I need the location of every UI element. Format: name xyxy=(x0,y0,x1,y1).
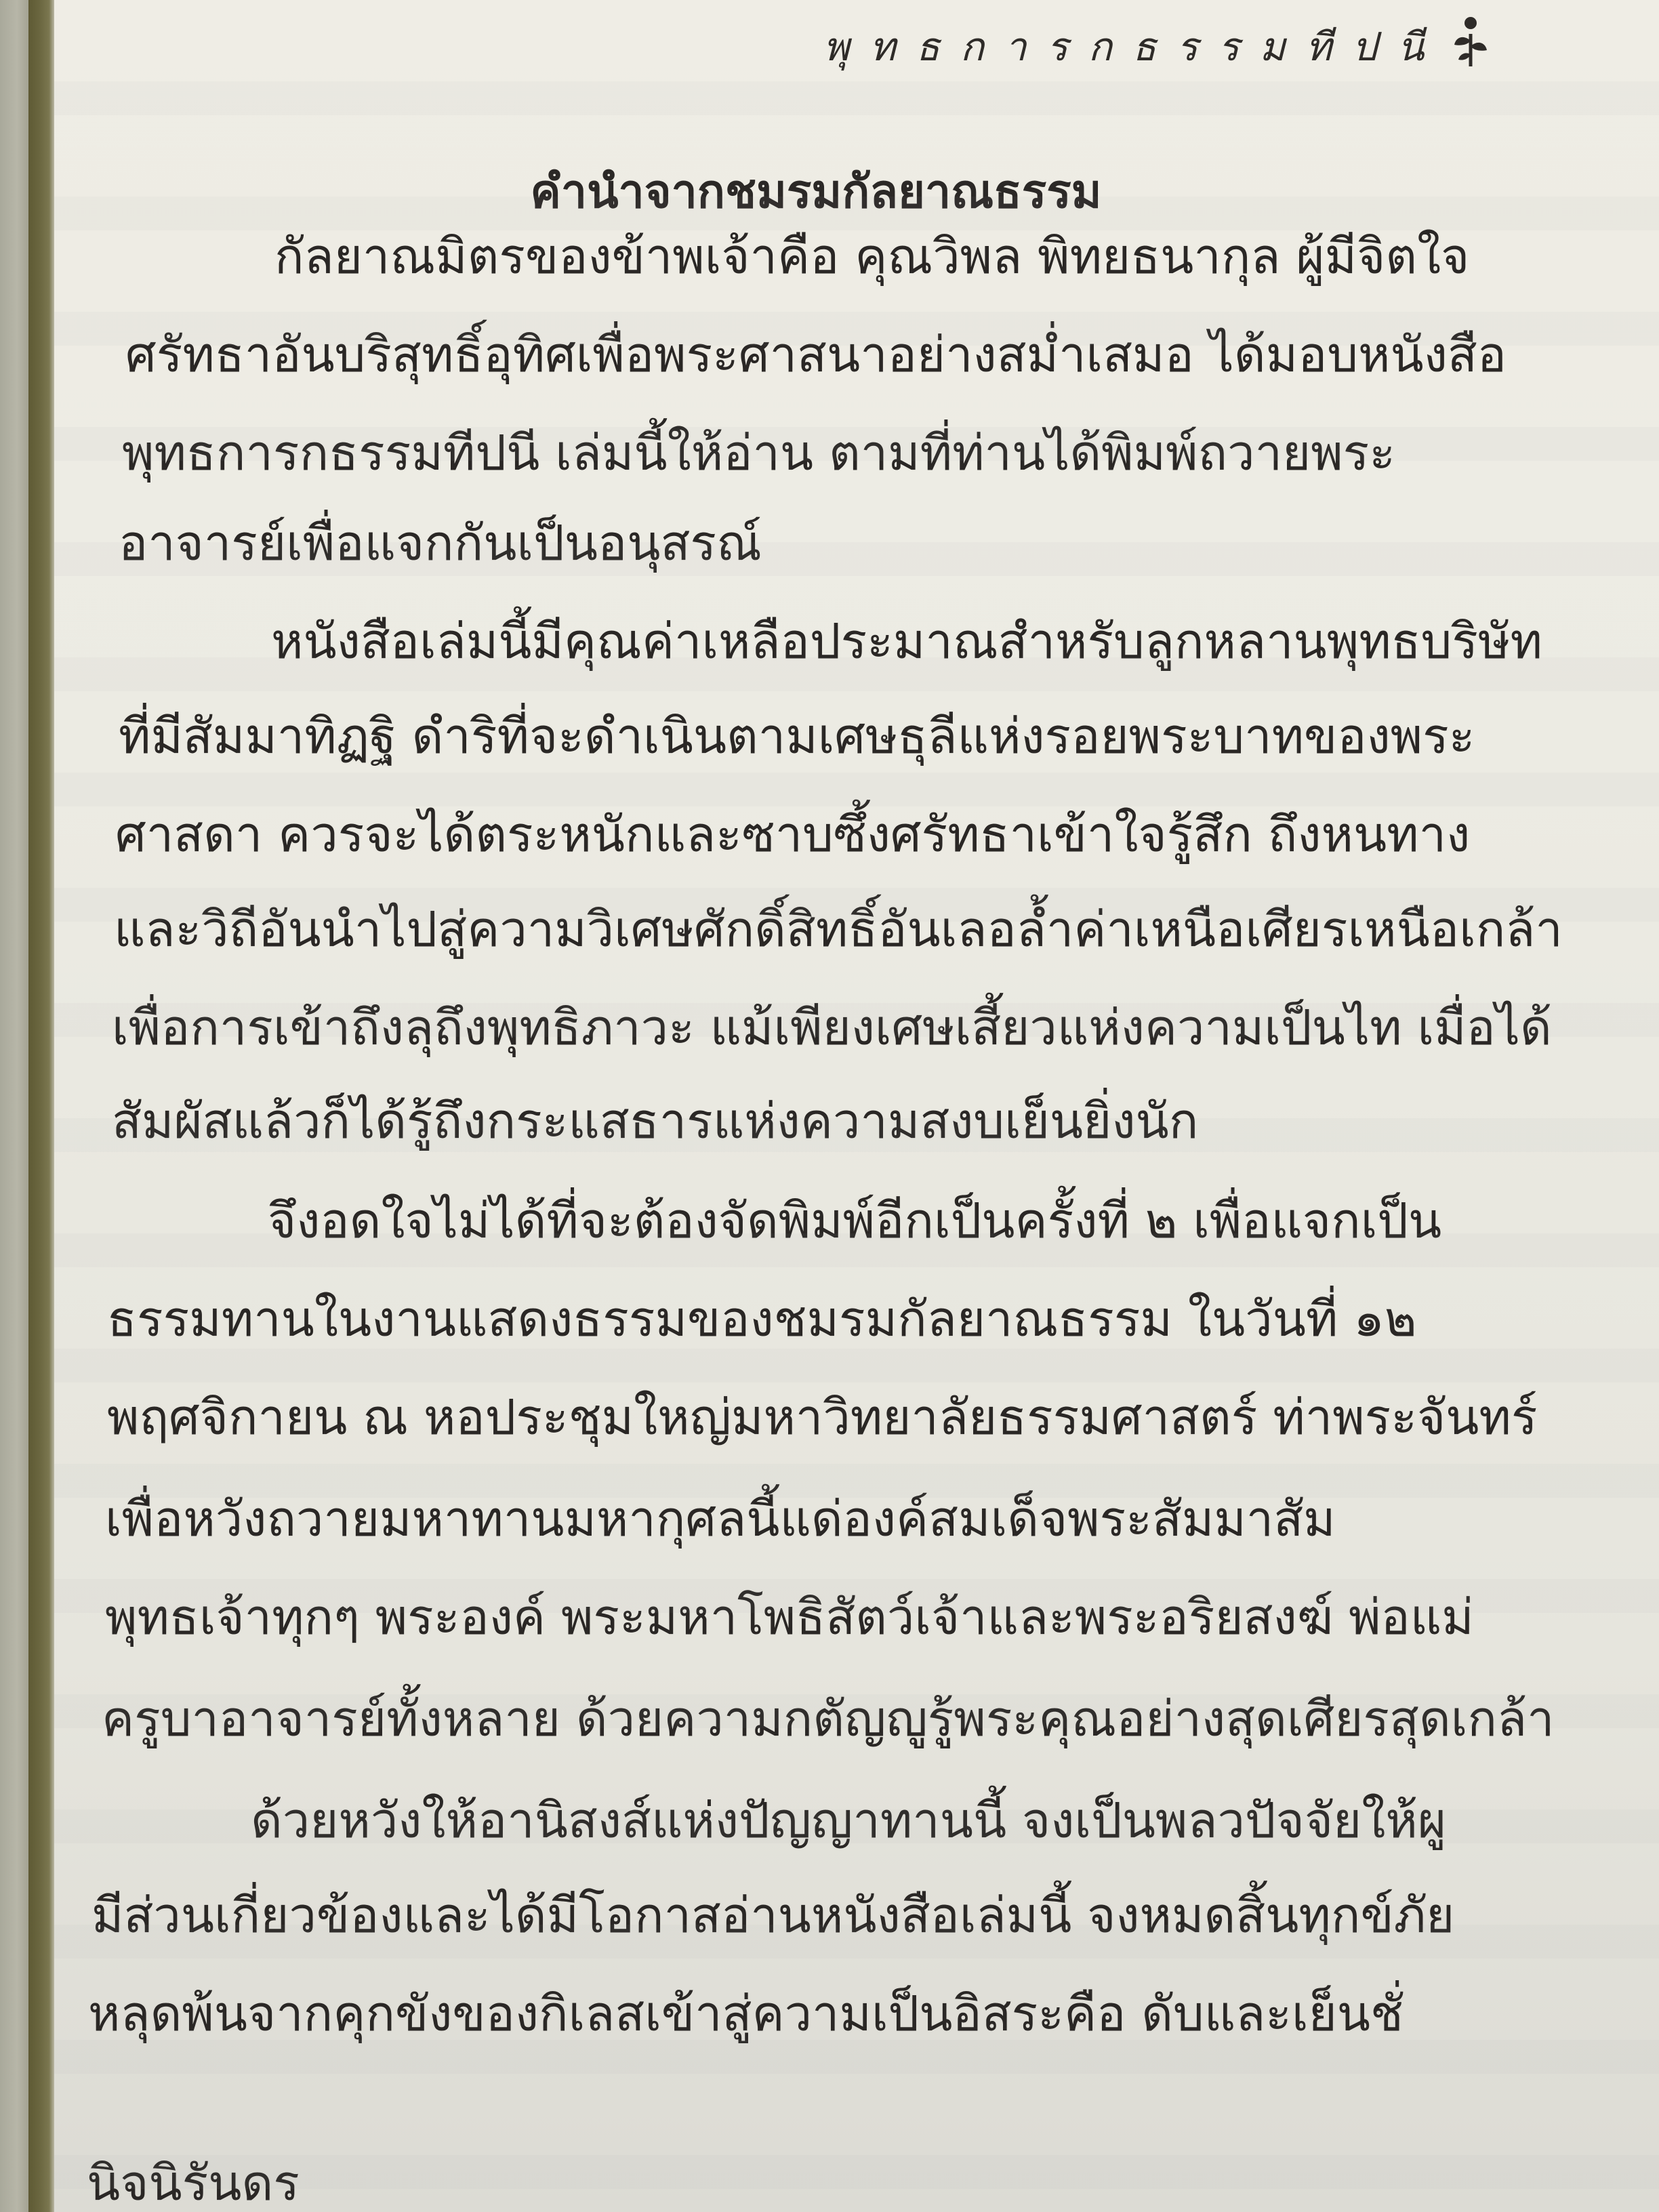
paragraph-1-line-3: พุทธการกธรรมทีปนี เล่มนี้ให้อ่าน ตามที่ท… xyxy=(122,428,1395,477)
paragraph-2-line-3: ศาสดา ควรจะได้ตระหนักและซาบซึ้งศรัทธาเข้… xyxy=(115,810,1470,859)
paragraph-2-line-6: สัมผัสแล้วก็ได้รู้ถึงกระแสธารแห่งความสงบ… xyxy=(112,1097,1198,1145)
paragraph-2-line-5: เพื่อการเข้าถึงลุถึงพุทธิภาวะ แม้เพียงเศ… xyxy=(112,1003,1552,1052)
paragraph-4-line-3: หลุดพ้นจากคุกขังของกิเลสเข้าสู่ความเป็นอ… xyxy=(88,1989,1404,2038)
paragraph-3-line-3: พฤศจิกายน ณ หอประชุมใหญ่มหาวิทยาลัยธรรมศ… xyxy=(107,1393,1538,1441)
paragraph-4-line-4: นิจนิรันดร xyxy=(87,2158,300,2207)
section-title: คำนำจากชมรมกัลยาณธรรม xyxy=(54,155,1618,228)
flower-ornament-icon xyxy=(1450,14,1491,68)
book-spine xyxy=(28,0,54,2212)
paragraph-2-line-1: หนังสือเล่มนี้มีคุณค่าเหลือประมาณสำหรับล… xyxy=(271,617,1542,665)
paragraph-4-line-1: ด้วยหวังให้อานิสงส์แห่งปัญญาทานนี้ จงเป็… xyxy=(251,1796,1446,1845)
paragraph-3-line-2: ธรรมทานในงานแสดงธรรมของชมรมกัลยาณธรรม ใน… xyxy=(107,1294,1416,1343)
paragraph-1-line-4: อาจารย์เพื่อแจกกันเป็นอนุสรณ์ xyxy=(119,518,762,567)
paragraph-2-line-4: และวิถีอันนำไปสู่ความวิเศษศักดิ์สิทธิ์อั… xyxy=(114,905,1563,954)
book-page: พุทธการกธรรมทีปนี คำนำจากชมรมกัลยาณธรรม … xyxy=(54,0,1659,2212)
page-edge-strip xyxy=(0,0,28,2212)
paragraph-4-line-2: มีส่วนเกี่ยวข้องและได้มีโอกาสอ่านหนังสือ… xyxy=(91,1891,1454,1940)
paragraph-2-line-2: ที่มีสัมมาทิฏฐิ ดำริที่จะดำเนินตามเศษธุล… xyxy=(119,712,1475,760)
paragraph-1-line-2: ศรัทธาอันบริสุทธิ์อุทิศเพื่อพระศาสนาอย่า… xyxy=(125,330,1507,379)
paragraph-3-line-5: พุทธเจ้าทุกๆ พระองค์ พระมหาโพธิสัตว์เจ้า… xyxy=(105,1593,1474,1641)
running-header: พุทธการกธรรมทีปนี xyxy=(823,15,1444,78)
paragraph-3-line-1: จึงอดใจไม่ได้ที่จะต้องจัดพิมพ์อีกเป็นครั… xyxy=(268,1196,1441,1245)
paragraph-3-line-6: ครูบาอาจารย์ทั้งหลาย ด้วยความกตัญญูรู้พร… xyxy=(102,1694,1555,1743)
paragraph-1-line-1: กัลยาณมิตรของข้าพเจ้าคือ คุณวิพล พิทยธนา… xyxy=(274,232,1469,281)
paragraph-3-line-4: เพื่อหวังถวายมหาทานมหากุศลนี้แด่องค์สมเด… xyxy=(105,1494,1336,1543)
